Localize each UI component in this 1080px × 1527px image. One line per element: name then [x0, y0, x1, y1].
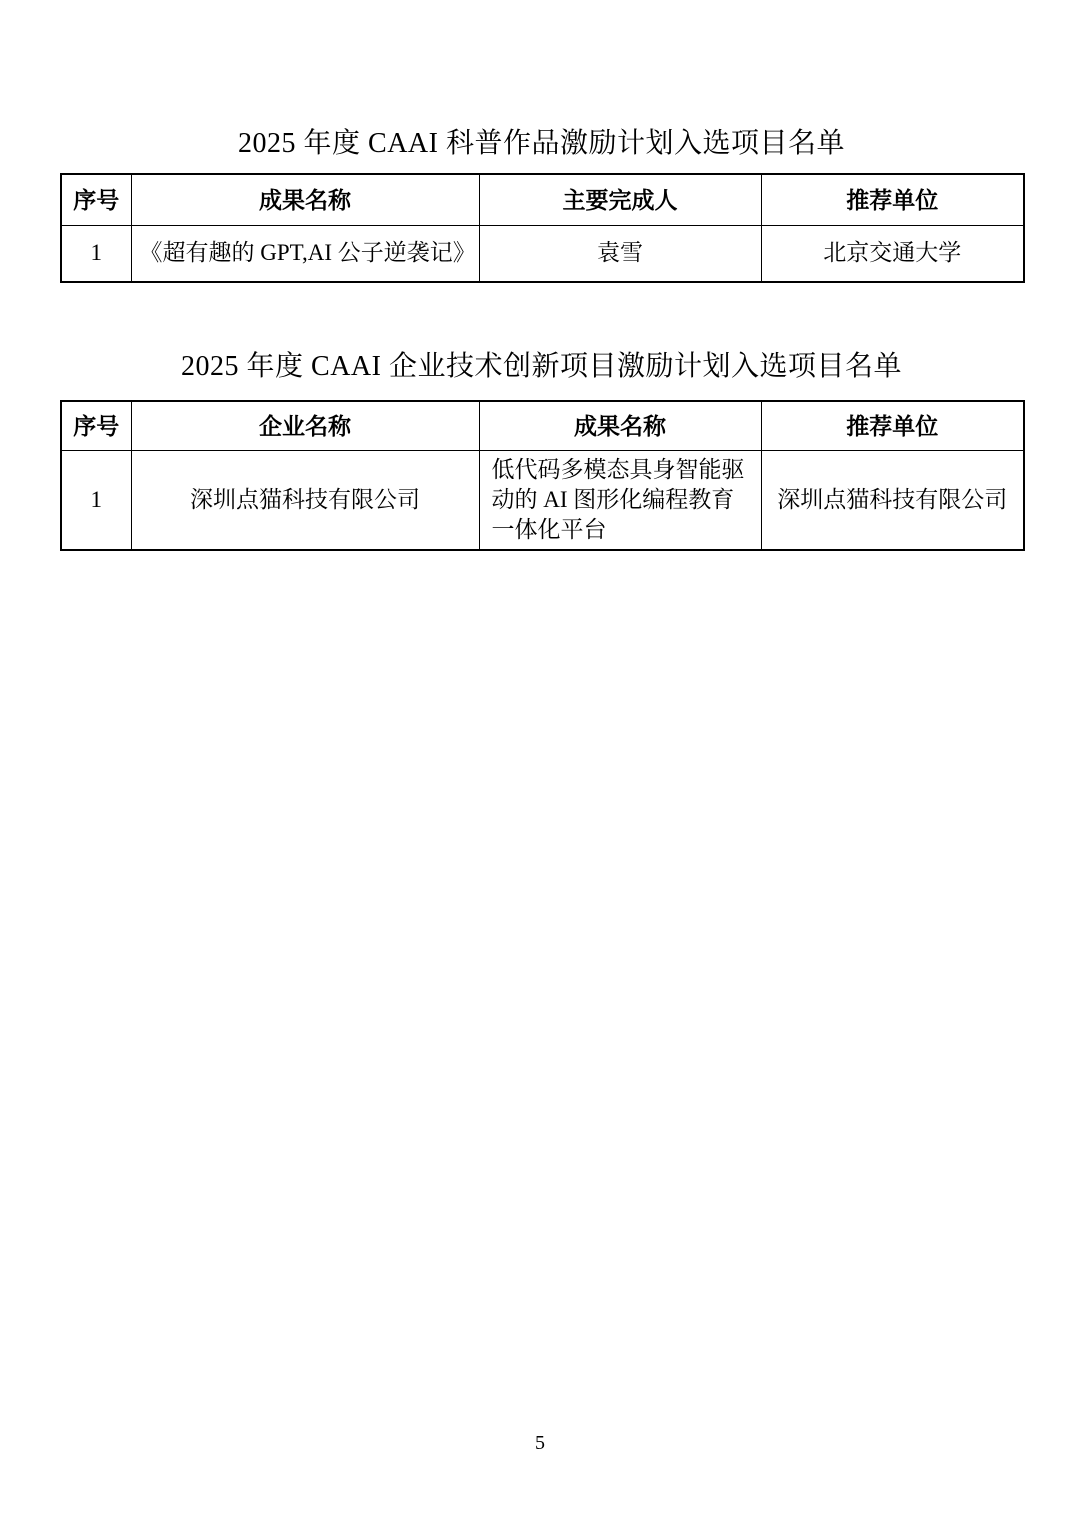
cell-index: 1: [61, 450, 131, 550]
header-cell-index: 序号: [61, 401, 131, 450]
science-popularization-table: 序号 成果名称 主要完成人 推荐单位 1 《超有趣的 GPT,AI 公子逆袭记》…: [60, 173, 1025, 283]
header-cell-achievement: 成果名称: [479, 401, 761, 450]
header-cell-index: 序号: [61, 174, 131, 225]
header-cell-contributor: 主要完成人: [479, 174, 761, 225]
cell-achievement: 低代码多模态具身智能驱动的 AI 图形化编程教育一体化平台: [479, 450, 761, 550]
enterprise-innovation-table: 序号 企业名称 成果名称 推荐单位 1 深圳点猫科技有限公司 低代码多模态具身智…: [60, 400, 1025, 551]
page-number: 5: [0, 1430, 1080, 1456]
table-header-row: 序号 成果名称 主要完成人 推荐单位: [61, 174, 1024, 225]
cell-recommender: 北京交通大学: [761, 225, 1024, 282]
cell-contributor: 袁雪: [479, 225, 761, 282]
table-row: 1 深圳点猫科技有限公司 低代码多模态具身智能驱动的 AI 图形化编程教育一体化…: [61, 450, 1024, 550]
document-content: 2025 年度 CAAI 科普作品激励计划入选项目名单 序号 成果名称 主要完成…: [0, 0, 1080, 551]
cell-index: 1: [61, 225, 131, 282]
header-cell-recommender: 推荐单位: [761, 401, 1024, 450]
cell-company: 深圳点猫科技有限公司: [131, 450, 479, 550]
table-header-row: 序号 企业名称 成果名称 推荐单位: [61, 401, 1024, 450]
cell-achievement: 《超有趣的 GPT,AI 公子逆袭记》: [131, 225, 479, 282]
table-row: 1 《超有趣的 GPT,AI 公子逆袭记》 袁雪 北京交通大学: [61, 225, 1024, 282]
header-cell-achievement: 成果名称: [131, 174, 479, 225]
section1-title: 2025 年度 CAAI 科普作品激励计划入选项目名单: [60, 0, 1023, 162]
header-cell-recommender: 推荐单位: [761, 174, 1024, 225]
section2-title: 2025 年度 CAAI 企业技术创新项目激励计划入选项目名单: [60, 283, 1023, 385]
header-cell-company: 企业名称: [131, 401, 479, 450]
cell-recommender: 深圳点猫科技有限公司: [761, 450, 1024, 550]
document-page: 2025 年度 CAAI 科普作品激励计划入选项目名单 序号 成果名称 主要完成…: [0, 0, 1080, 1527]
